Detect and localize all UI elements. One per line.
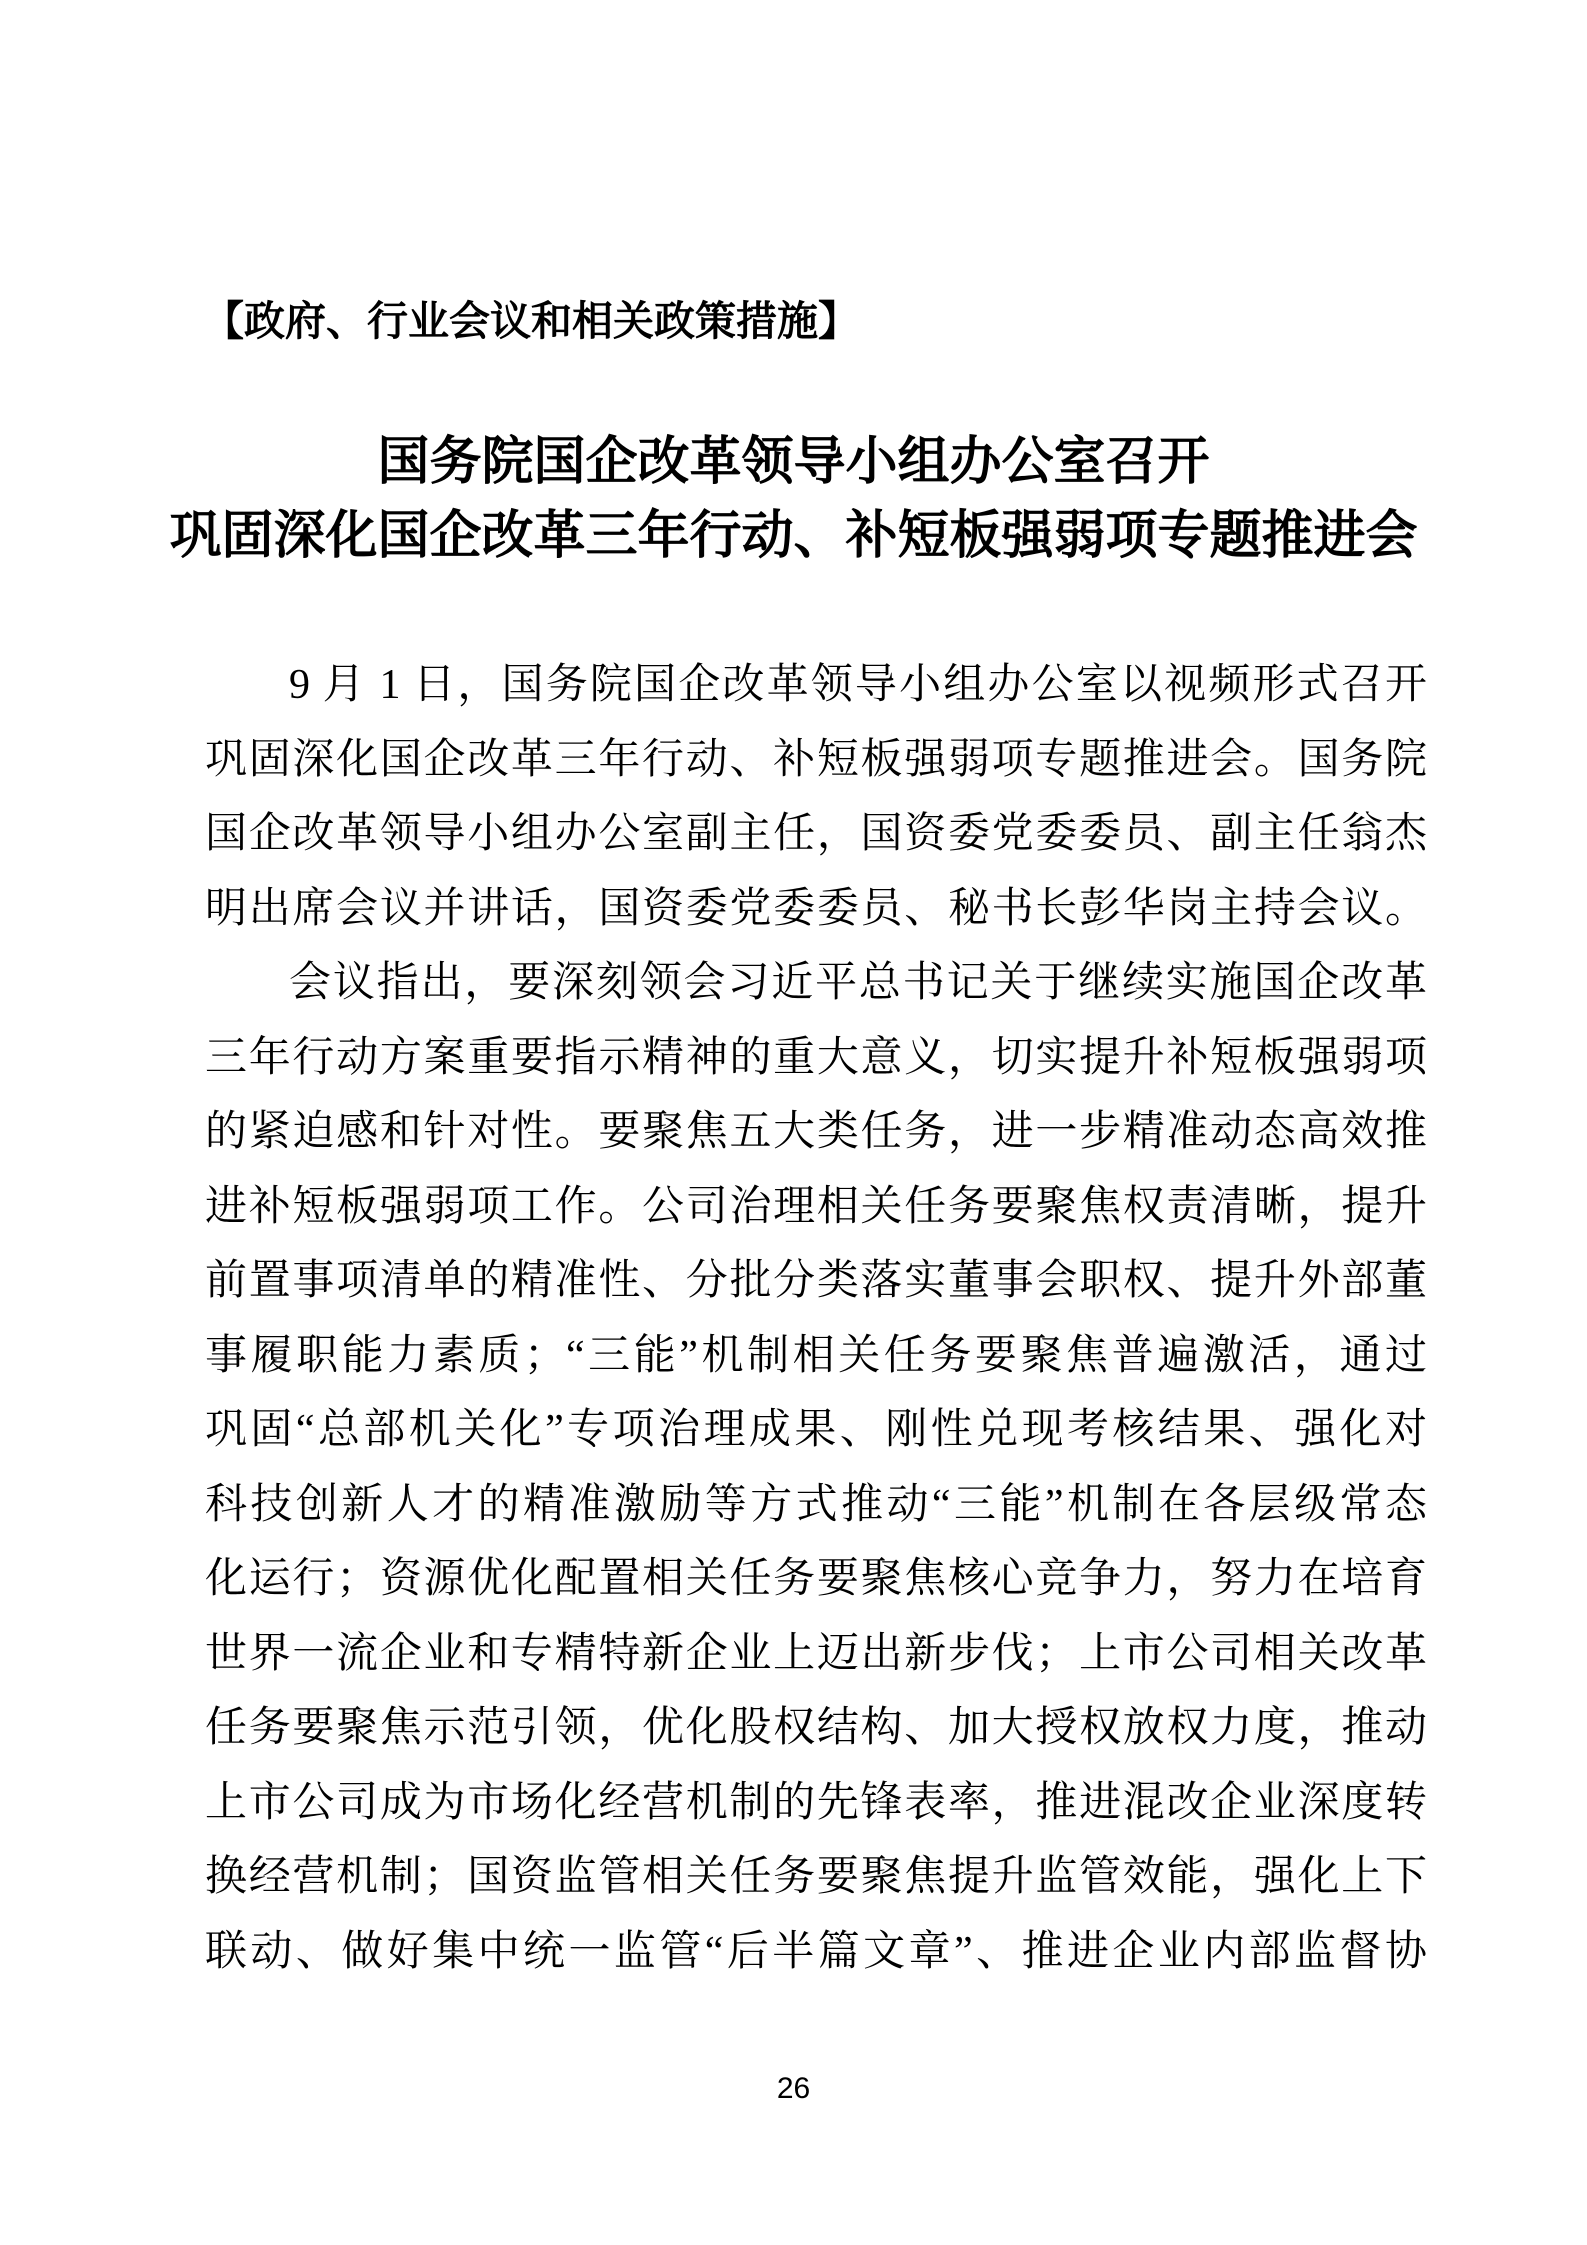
body-line: 化运行；资源优化配置相关任务要聚焦核心竞争力，努力在培育 — [205, 1542, 1427, 1617]
page-number: 26 — [0, 2072, 1587, 2106]
body-line: 上市公司成为市场化经营机制的先锋表率，推进混改企业深度转 — [205, 1766, 1427, 1841]
body-line: 科技创新人才的精准激励等方式推动“三能”机制在各层级常态 — [205, 1468, 1427, 1543]
body-line: 的紧迫感和针对性。要聚焦五大类任务，进一步精准动态高效推 — [205, 1095, 1427, 1170]
document-title: 国务院国企改革领导小组办公室召开 巩固深化国企改革三年行动、补短板强弱项专题推进… — [0, 426, 1587, 574]
title-line-1: 国务院国企改革领导小组办公室召开 — [0, 426, 1587, 500]
body-line: 联动、做好集中统一监管“后半篇文章”、推进企业内部监督协 — [205, 1915, 1427, 1990]
body-line: 巩固“总部机关化”专项治理成果、刚性兑现考核结果、强化对 — [205, 1393, 1427, 1468]
body-line: 三年行动方案重要指示精神的重大意义，切实提升补短板强弱项 — [205, 1021, 1427, 1096]
document-page: 【政府、行业会议和相关政策措施】 国务院国企改革领导小组办公室召开 巩固深化国企… — [0, 0, 1587, 2245]
body-line: 世界一流企业和专精特新企业上迈出新步伐；上市公司相关改革 — [205, 1617, 1427, 1692]
body-line: 国企改革领导小组办公室副主任，国资委党委委员、副主任翁杰 — [205, 797, 1427, 872]
body-line: 巩固深化国企改革三年行动、补短板强弱项专题推进会。国务院 — [205, 723, 1427, 798]
paragraph: 会议指出，要深刻领会习近平总书记关于继续实施国企改革三年行动方案重要指示精神的重… — [205, 946, 1427, 1989]
body-line: 9 月 1 日，国务院国企改革领导小组办公室以视频形式召开 — [205, 648, 1427, 723]
section-header: 【政府、行业会议和相关政策措施】 — [203, 288, 859, 347]
body-line: 前置事项清单的精准性、分批分类落实董事会职权、提升外部董 — [205, 1244, 1427, 1319]
body-line: 明出席会议并讲话，国资委党委委员、秘书长彭华岗主持会议。 — [205, 872, 1427, 947]
paragraph: 9 月 1 日，国务院国企改革领导小组办公室以视频形式召开巩固深化国企改革三年行… — [205, 648, 1427, 946]
body-line: 事履职能力素质；“三能”机制相关任务要聚焦普遍激活，通过 — [205, 1319, 1427, 1394]
body-line: 任务要聚焦示范引领，优化股权结构、加大授权放权力度，推动 — [205, 1691, 1427, 1766]
title-line-2: 巩固深化国企改革三年行动、补短板强弱项专题推进会 — [0, 500, 1587, 574]
body-line: 进补短板强弱项工作。公司治理相关任务要聚焦权责清晰，提升 — [205, 1170, 1427, 1245]
document-body: 9 月 1 日，国务院国企改革领导小组办公室以视频形式召开巩固深化国企改革三年行… — [205, 648, 1427, 1989]
body-line: 换经营机制；国资监管相关任务要聚焦提升监管效能，强化上下 — [205, 1840, 1427, 1915]
body-line: 会议指出，要深刻领会习近平总书记关于继续实施国企改革 — [205, 946, 1427, 1021]
